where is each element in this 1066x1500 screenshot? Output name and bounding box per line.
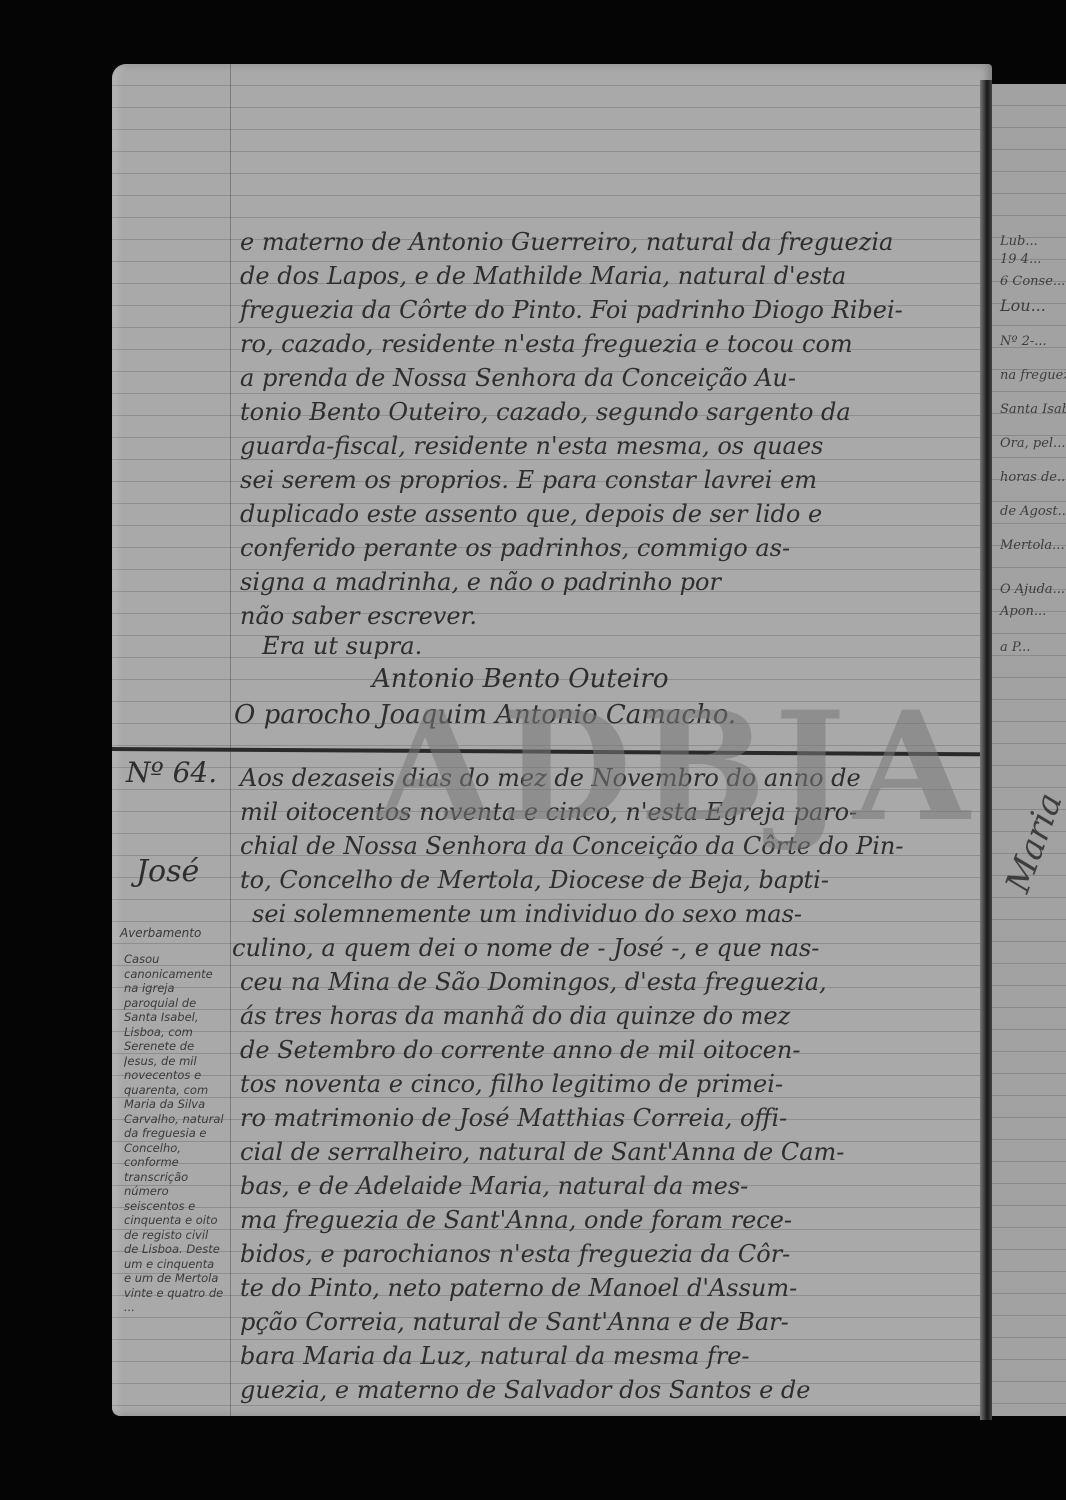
prev-line-6: tonio Bento Outeiro, cazado, segundo sar… (240, 398, 851, 426)
adjacent-line: Nº 2-... (1000, 334, 1047, 349)
prev-line-5: a prenda de Nossa Senhora da Conceição A… (240, 364, 796, 392)
entry-line-18: bara Maria da Luz, natural da mesma fre- (240, 1342, 750, 1370)
book-gutter (980, 80, 992, 1420)
entry-line-16: te do Pinto, neto paterno de Manoel d'As… (240, 1274, 797, 1302)
adjacent-line: Apon... (1000, 604, 1046, 619)
entry-name: José (136, 854, 199, 889)
entry-line-8: ás tres horas da manhã do dia quinze do … (240, 1002, 790, 1030)
adjacent-line: Mertola... (1000, 538, 1065, 553)
adjacent-line: de Agost... (1000, 504, 1066, 519)
prev-line-1: e materno de Antonio Guerreiro, natural … (240, 228, 893, 256)
entry-line-1: Aos dezaseis dias do mez de Novembro do … (240, 764, 861, 792)
adjacent-line: 19 4... (1000, 252, 1041, 267)
entry-line-13: bas, e de Adelaide Maria, natural da mes… (240, 1172, 748, 1200)
adjacent-line: O Ajuda... (1000, 582, 1065, 597)
adjacent-line: a P... (1000, 640, 1030, 655)
prev-line-9: duplicado este assento que, depois de se… (240, 500, 822, 528)
signature-priest: O parocho Joaquim Antonio Camacho. (234, 700, 736, 730)
entry-line-7: ceu na Mina de São Domingos, d'esta freg… (240, 968, 827, 996)
entry-line-6: culino, a quem dei o nome de - José -, e… (232, 934, 819, 962)
prev-line-2: de dos Lapos, e de Mathilde Maria, natur… (240, 262, 846, 290)
adjacent-line: Lub... (1000, 234, 1038, 249)
adjacent-line: Lou... (1000, 296, 1046, 315)
entry-line-9: de Setembro do corrente anno de mil oito… (240, 1036, 800, 1064)
prev-line-7: guarda-fiscal, residente n'esta mesma, o… (240, 432, 823, 460)
prev-line-12: não saber escrever. (240, 602, 477, 630)
signature-witness: Antonio Bento Outeiro (372, 664, 669, 694)
margin-note-title: Averbamento (120, 926, 201, 940)
adjacent-line: na freguez... (1000, 368, 1066, 383)
entry-line-17: pção Correia, natural de Sant'Anna e de … (240, 1308, 789, 1336)
entry-line-11: ro matrimonio de José Matthias Correia, … (240, 1104, 787, 1132)
adjacent-line: Ora, pel... (1000, 436, 1065, 451)
entry-line-2: mil oitocentos noventa e cinco, n'esta E… (240, 798, 857, 826)
entry-line-10: tos noventa e cinco, filho legitimo de p… (240, 1070, 783, 1098)
prev-line-8: sei serem os proprios. E para constar la… (240, 466, 817, 494)
entry-number: Nº 64. (126, 756, 217, 789)
prev-line-11: signa a madrinha, e não o padrinho por (240, 568, 721, 596)
margin-note-text: Casou canonicamente na igreja paroquial … (124, 952, 224, 1372)
prev-line-4: ro, cazado, residente n'esta freguezia e… (240, 330, 853, 358)
adjacent-line: Santa Isab... (1000, 402, 1066, 417)
entry-line-15: bidos, e parochianos n'esta freguezia da… (240, 1240, 790, 1268)
entry-line-19: guezia, e materno de Salvador dos Santos… (240, 1376, 810, 1404)
adjacent-line: horas de... (1000, 470, 1066, 485)
prev-line-3: freguezia da Côrte do Pinto. Foi padrinh… (240, 296, 903, 324)
entry-line-3: chial de Nossa Senhora da Conceição da C… (240, 832, 903, 860)
adjacent-page: Lub... 19 4... 6 Conse... Lou... Nº 2-..… (992, 84, 1066, 1416)
register-page: e materno de Antonio Guerreiro, natural … (112, 64, 992, 1416)
prev-line-10: conferido perante os padrinhos, commigo … (240, 534, 790, 562)
prev-closing: Era ut supra. (262, 632, 422, 660)
entry-line-4: to, Concelho de Mertola, Diocese de Beja… (240, 866, 829, 894)
entry-line-14: ma freguezia de Sant'Anna, onde foram re… (240, 1206, 792, 1234)
entry-divider (112, 747, 992, 756)
margin-rule (230, 64, 231, 1416)
adjacent-vertical-text: Maria (998, 788, 1066, 898)
adjacent-line: 6 Conse... (1000, 274, 1065, 289)
entry-line-5: sei solemnemente um individuo do sexo ma… (252, 900, 802, 928)
entry-line-12: cial de serralheiro, natural de Sant'Ann… (240, 1138, 844, 1166)
